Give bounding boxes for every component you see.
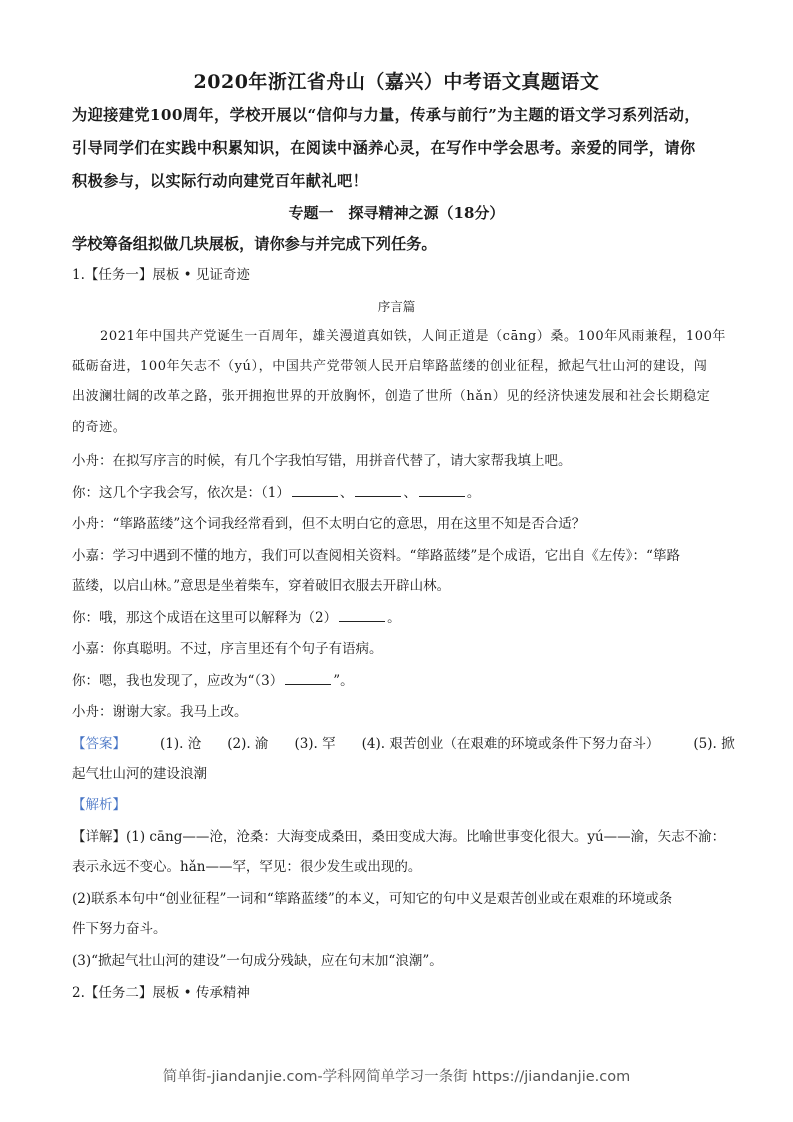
separator: 、: [403, 485, 417, 501]
page-title: 2020年浙江省舟山（嘉兴）中考语文真题语文: [0, 68, 793, 96]
passage-line-4: 的奇迹。: [72, 418, 126, 438]
answer-blank-1c[interactable]: [419, 483, 465, 497]
intro-line-2: 引导同学们在实践中积累知识，在阅读中涵养心灵，在写作中学会思考。亲爱的同学，请你: [72, 137, 696, 159]
intro-line-3: 积极参与，以实际行动向建党百年献礼吧！: [72, 170, 368, 192]
line-end: ”。: [333, 673, 353, 689]
answer-item-5: (5). 掀: [693, 736, 734, 752]
dialogue-line-1: 小舟：在拟写序言的时候，有几个字我怕写错，用拼音代替了，请大家帮我填上吧。: [72, 451, 572, 471]
dialogue-line-3: 小舟：“筚路蓝缕”这个词我经常看到，但不太明白它的意思，用在这里不知是否合适？: [72, 514, 585, 534]
passage-line-3: 出波澜壮阔的改革之路，张开拥抱世界的开放胸怀，创造了世所（hǎn）见的经济快速发…: [72, 387, 710, 407]
dialogue-line-4a: 小嘉：学习中遇到不懂的地方，我们可以查阅相关资料。“筚路蓝缕”是个成语，它出自《…: [72, 546, 680, 566]
section-instruction: 学校筹备组拟做几块展板，请你参与并完成下列任务。: [72, 233, 437, 255]
passage-title: 序言篇: [0, 298, 793, 316]
line-end: 。: [467, 485, 481, 501]
dialogue-line-7: 你：嗯，我也发现了，应改为“（3）”。: [72, 671, 354, 691]
analysis-line-5: (3)“掀起气壮山河的建设”一句成分残缺，应在句末加“浪潮”。: [72, 951, 443, 971]
dialogue-line-2-text: 你：这几个字我会写，依次是：（1）: [72, 485, 290, 501]
analysis-line-3: (2)联系本句中“创业征程”一词和“筚路蓝缕”的本义，可知它的句中义是艰苦创业或…: [72, 889, 672, 909]
answer-blank-1b[interactable]: [355, 483, 401, 497]
answer-item-2: (2). 渝: [227, 736, 268, 752]
intro-line-1: 为迎接建党100周年，学校开展以“信仰与力量，传承与前行”为主题的语文学习系列活…: [72, 104, 700, 126]
passage-line-1: 2021年中国共产党诞生一百周年，雄关漫道真如铁，人间正道是（cāng）桑。10…: [100, 327, 726, 347]
answer-blank-3[interactable]: [285, 671, 331, 685]
answer-item-3: (3). 罕: [294, 736, 335, 752]
line-end: 。: [387, 610, 401, 626]
dialogue-line-7-text: 你：嗯，我也发现了，应改为“（3）: [72, 673, 283, 689]
dialogue-line-4b: 蓝缕，以启山林。”意思是坐着柴车，穿着破旧衣服去开辟山林。: [72, 576, 450, 596]
answer-item-4: (4). 艰苦创业（在艰难的环境或条件下努力奋斗）: [362, 736, 660, 752]
task1-label: 1.【任务一】展板 • 见证奇迹: [72, 265, 250, 285]
answer-item-1: (1). 沧: [160, 736, 201, 752]
dialogue-line-5: 你：哦，那这个成语在这里可以解释为（2）。: [72, 608, 401, 628]
dialogue-line-8: 小舟：谢谢大家。我马上改。: [72, 702, 248, 722]
answer-label: 【答案】: [72, 736, 126, 752]
answer-blank-2[interactable]: [339, 608, 385, 622]
task2-label: 2.【任务二】展板 • 传承精神: [72, 983, 250, 1003]
separator: 、: [340, 485, 354, 501]
passage-line-2: 砥砺奋进，100年矢志不（yú），中国共产党带领人民开启筚路蓝缕的创业征程，掀起…: [72, 357, 707, 377]
analysis-line-4: 件下努力奋斗。: [72, 919, 167, 939]
analysis-label: 【解析】: [72, 795, 126, 815]
answer-blank-1a[interactable]: [292, 483, 338, 497]
document-page: 2020年浙江省舟山（嘉兴）中考语文真题语文 为迎接建党100周年，学校开展以“…: [0, 0, 793, 1122]
dialogue-line-5-text: 你：哦，那这个成语在这里可以解释为（2）: [72, 610, 337, 626]
analysis-line-1: 【详解】(1) cāng——沧，沧桑：大海变成桑田，桑田变成大海。比喻世事变化很…: [72, 827, 725, 847]
answer-continuation: 起气壮山河的建设浪潮: [72, 764, 207, 784]
dialogue-line-6: 小嘉：你真聪明。不过，序言里还有个句子有语病。: [72, 639, 383, 659]
analysis-line-2: 表示永远不变心。hǎn——罕，罕见：很少发生或出现的。: [72, 857, 421, 877]
dialogue-line-2: 你：这几个字我会写，依次是：（1）、、。: [72, 483, 480, 503]
watermark-footer: 简单街-jiandanjie.com-学科网简单学习一条街 https://ji…: [0, 1067, 793, 1087]
section-heading: 专题一 探寻精神之源（18分）: [0, 202, 793, 224]
answer-row: 【答案】(1). 沧(2). 渝(3). 罕(4). 艰苦创业（在艰难的环境或条…: [72, 734, 735, 754]
